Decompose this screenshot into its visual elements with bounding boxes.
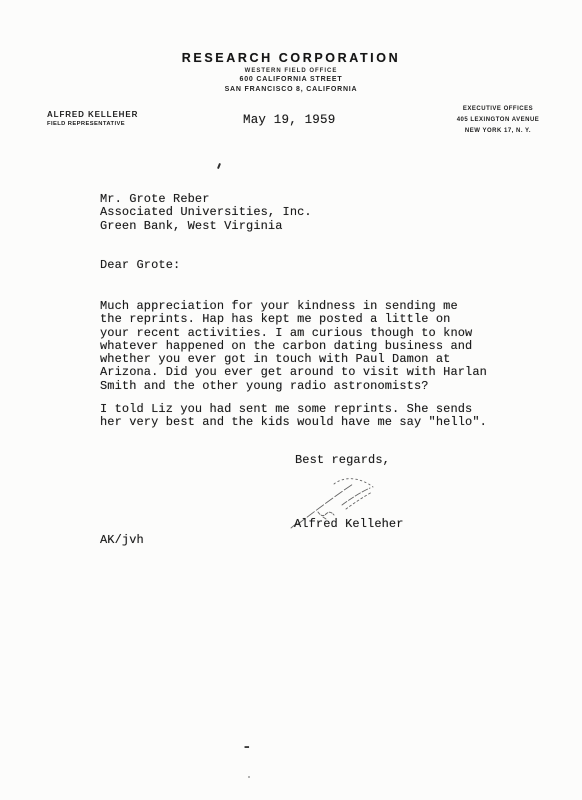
body-paragraph-1: Much appreciation for your kindness in s… [100, 300, 487, 393]
salutation: Dear Grote: [100, 259, 180, 272]
street-address: 600 CALIFORNIA STREET [0, 76, 582, 83]
letter-date: May 19, 1959 [243, 113, 335, 127]
recipient-name: Mr. Grote Reber [100, 193, 312, 206]
executive-offices-line3: NEW YORK 17, N. Y. [452, 126, 544, 137]
executive-offices-line2: 405 LEXINGTON AVENUE [452, 115, 544, 126]
body-line: whatever happened on the carbon dating b… [100, 340, 487, 353]
signature-typed-name: Alfred Kelleher [294, 518, 404, 531]
body-line: Smith and the other young radio astronom… [100, 380, 487, 393]
letter-page: RESEARCH CORPORATION WESTERN FIELD OFFIC… [0, 0, 582, 800]
page-number-dash: - [242, 738, 252, 756]
body-line: your recent activities. I am curious tho… [100, 327, 487, 340]
reference-initials: AK/jvh [100, 534, 144, 547]
body-line: her very best and the kids would have me… [100, 416, 487, 429]
scan-speck [248, 776, 250, 778]
recipient-org: Associated Universities, Inc. [100, 206, 312, 219]
recipient-address: Mr. Grote Reber Associated Universities,… [100, 193, 312, 233]
stray-pen-mark [217, 163, 221, 169]
body-line: I told Liz you had sent me some reprints… [100, 403, 487, 416]
field-representative-title: FIELD REPRESENTATIVE [47, 121, 138, 127]
recipient-location: Green Bank, West Virginia [100, 220, 312, 233]
body-line: Arizona. Did you ever get around to visi… [100, 366, 487, 379]
body-line: whether you ever got in touch with Paul … [100, 353, 487, 366]
field-representative-name: ALFRED KELLEHER [47, 110, 138, 119]
body-line: the reprints. Hap has kept me posted a l… [100, 313, 487, 326]
company-name: RESEARCH CORPORATION [0, 51, 582, 65]
closing: Best regards, [295, 454, 390, 467]
executive-offices-line1: EXECUTIVE OFFICES [452, 104, 544, 115]
field-representative-block: ALFRED KELLEHER FIELD REPRESENTATIVE [47, 110, 138, 127]
executive-offices-block: EXECUTIVE OFFICES 405 LEXINGTON AVENUE N… [452, 104, 544, 136]
office-line: WESTERN FIELD OFFICE [0, 68, 582, 74]
city-address: SAN FRANCISCO 8, CALIFORNIA [0, 86, 582, 93]
body-line: Much appreciation for your kindness in s… [100, 300, 487, 313]
body-paragraph-2: I told Liz you had sent me some reprints… [100, 403, 487, 430]
letterhead: RESEARCH CORPORATION WESTERN FIELD OFFIC… [0, 51, 582, 93]
